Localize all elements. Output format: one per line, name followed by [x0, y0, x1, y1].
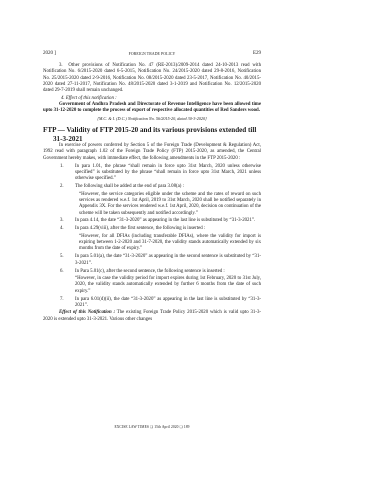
- list-item: 1. In para 1.01, the phrase “shall remai…: [43, 164, 261, 183]
- item-quote: “However, the service categories eligibl…: [43, 192, 261, 217]
- item-text: In para 5.01(a), the date “31-3-2020” as…: [75, 254, 261, 265]
- para-4-text: Government of Andhra Pradesh and Directo…: [43, 102, 261, 115]
- list-item: 3. In para 4.14, the date “31-3-2020” as…: [43, 218, 261, 224]
- list-item: 2. The following shall be added at the e…: [43, 184, 261, 190]
- list-item: 5. In para 5.01(a), the date “31-3-2020”…: [43, 254, 261, 267]
- page-footer: EXCISE LAW TIMES ❏ 15th April 2020 ❏ 189: [43, 425, 261, 429]
- item-number: 1.: [60, 164, 64, 170]
- running-header: 2020 ] FOREIGN TRADE POLICY E29: [43, 51, 261, 59]
- item-number: 6.: [60, 269, 64, 275]
- notification-citation: [M.C. & I. (D.C.) Notification No. 56/20…: [43, 116, 261, 122]
- item-number: 5.: [60, 254, 64, 260]
- header-title: FOREIGN TRADE POLICY: [43, 52, 261, 56]
- list-item: 4. In para 4.29(viii), after the first s…: [43, 226, 261, 232]
- item-text: In Para 5.01(c), after the second senten…: [75, 269, 225, 274]
- para-3-number: 3.: [59, 63, 63, 68]
- item-number: 3.: [60, 218, 64, 224]
- item-text: In para 6.01(d)(ii), the date “31-3-2020…: [75, 297, 261, 308]
- item-text: In para 4.14, the date “31-3-2020” as ap…: [75, 218, 255, 223]
- list-item: 7. In para 6.01(d)(ii), the date “31-3-2…: [43, 297, 261, 310]
- section-title: FTP — Validity of FTP 2015-20 and its va…: [43, 126, 261, 143]
- item-text: In para 4.29(viii), after the first sent…: [75, 226, 205, 231]
- effect-heading: Effect of this Notification :: [59, 310, 115, 315]
- item-number: 7.: [60, 297, 64, 303]
- item-text: In para 1.01, the phrase “shall remain i…: [75, 164, 261, 182]
- header-page-ref: E29: [253, 51, 261, 56]
- section-intro: In exercise of powers conferred by Secti…: [43, 143, 261, 162]
- item-quote: “However, in case the validity period fo…: [43, 276, 261, 295]
- amendment-list: 1. In para 1.01, the phrase “shall remai…: [43, 164, 261, 310]
- item-text: The following shall be added at the end …: [75, 184, 184, 189]
- list-item: 6. In Para 5.01(c), after the second sen…: [43, 269, 261, 275]
- item-quote: “However, for all DFIAs (including trans…: [43, 234, 261, 253]
- para-3-text: Other provisions of Notification No. 47 …: [43, 63, 261, 93]
- effect-paragraph: Effect of this Notification : The existi…: [43, 310, 261, 323]
- item-number: 2.: [60, 184, 64, 190]
- document-body: 3. Other provisions of Notification No. …: [43, 63, 261, 323]
- item-number: 4.: [60, 226, 64, 232]
- para-3: 3. Other provisions of Notification No. …: [43, 63, 261, 95]
